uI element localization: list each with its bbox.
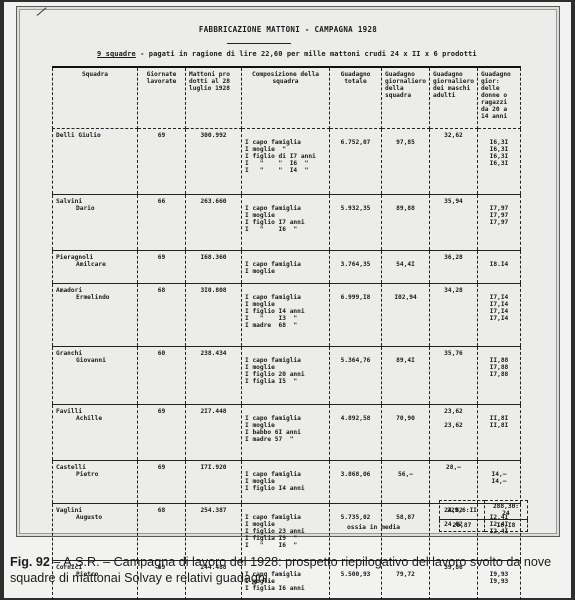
cell-composizione: I capo famigliaI moglieI figlio 23 anniI… (242, 503, 330, 560)
member-line: I capo famiglia (245, 357, 326, 364)
col-squadra: Squadra (53, 67, 138, 128)
women-youth-daily: I6,3I (481, 153, 517, 160)
member-line: I figlia I5 " (245, 378, 326, 385)
cell-squadra: VagliniAugusto (53, 503, 138, 560)
women-youth-daily: II,8I (481, 422, 517, 429)
total-earnings: 6.999,I8 (333, 294, 378, 301)
average-label: ossia in media (347, 524, 400, 531)
team-leader-firstname: Amilcare (56, 261, 134, 268)
women-youth-daily: I7,97 (481, 205, 517, 212)
member-line: I capo famiglia (245, 205, 326, 212)
subtitle-teams: 9 squadre (97, 50, 136, 58)
total-earnings: 3.868,06 (333, 471, 378, 478)
cell-guadagno-maschi: 32,62 (429, 128, 477, 194)
member-line: I " I6 " (245, 542, 326, 549)
average-maschi: 20,87 (440, 520, 485, 532)
cell-guadagno-maschi: 23,6223,62 (429, 404, 477, 460)
cell-guadagno-donne: I7,97I7,97I7,97 (477, 194, 520, 250)
member-line: I madre 57 " (245, 436, 326, 443)
daily-team-earnings: 58,87 (385, 514, 426, 521)
member-line: I moglie " (245, 146, 326, 153)
adult-male-daily: 32,62 (433, 132, 474, 139)
women-youth-daily: I8.I4 (481, 261, 517, 268)
member-line: I figlio 23 anni (245, 528, 326, 535)
cell-giornate: 60 (138, 346, 186, 404)
cell-guadagno-squadra: 70,90 (382, 404, 430, 460)
member-line: I figlio 20 anni (245, 371, 326, 378)
cell-guadagno-totale: 5.364,76 (330, 346, 382, 404)
sum-donne: 288,30: 24 (485, 501, 528, 520)
cell-guadagno-donne: II,8III,8I (477, 404, 520, 460)
total-earnings: 5.932,35 (333, 205, 378, 212)
member-line: I capo famiglia (245, 139, 326, 146)
cell-composizione: I capo famigliaI moglie (242, 250, 330, 283)
member-line: I madre 68 " (245, 322, 326, 329)
cell-guadagno-squadra: I02,94 (382, 283, 430, 346)
cell-giornate: 69 (138, 404, 186, 460)
totals-sum-row: 229,6:II 288,30: 24 (440, 501, 528, 520)
cell-composizione: I capo famigliaI moglie "I figlio di I7 … (242, 128, 330, 194)
document-subtitle: 9 squadre - pagati in ragione di lire 22… (97, 50, 477, 58)
women-youth-daily: I7,I4 (481, 294, 517, 301)
cell-giornate: 69 (138, 128, 186, 194)
women-youth-daily: I7,I4 (481, 308, 517, 315)
total-earnings: 3.764,35 (333, 261, 378, 268)
member-line: I capo famiglia (245, 415, 326, 422)
caption-text: – A.S.R. – Campagna di lavoro del 1928: … (10, 555, 551, 585)
cell-guadagno-squadra: 89,88 (382, 194, 430, 250)
member-line: I figlio I4 anni (245, 485, 326, 492)
cell-squadra: PieragnoliAmilcare (53, 250, 138, 283)
cell-mattoni: 300.992 (186, 128, 242, 194)
total-earnings: 6.752,07 (333, 139, 378, 146)
page: FABBRICAZIONE MATTONI - CAMPAGNA 1928 9 … (4, 2, 571, 598)
women-youth-daily: I4,— (481, 471, 517, 478)
member-line: I moglie (245, 364, 326, 371)
cell-guadagno-totale: 6.999,I8 (330, 283, 382, 346)
table-row: PieragnoliAmilcare69I68.360I capo famigl… (53, 250, 521, 283)
adult-male-daily: 35,94 (433, 198, 474, 205)
member-line: I capo famiglia (245, 514, 326, 521)
women-youth-daily: I7,88 (481, 371, 517, 378)
totals-table: 229,6:II 288,30: 24 20,87 I6,I8 (439, 500, 528, 532)
cell-mattoni: 2I7.448 (186, 404, 242, 460)
cell-squadra: CastelliPietro (53, 460, 138, 503)
member-line: I figlio di I7 anni (245, 153, 326, 160)
pencil-mark (37, 7, 47, 15)
figure-number: Fig. 92 (10, 555, 50, 569)
member-line: I " " I6 " (245, 160, 326, 167)
daily-team-earnings: 97,85 (385, 139, 426, 146)
cell-guadagno-squadra: 58,87 (382, 503, 430, 560)
col-guadagno-maschi: Guadagno giornaliero dei maschi adulti (429, 67, 477, 128)
cell-guadagno-totale: 5.735,02 (330, 503, 382, 560)
col-guadagno-donne: Guadagno gior: delle donne o ragazzi da … (477, 67, 520, 128)
cell-composizione: I capo famigliaI moglieI babbo 6I anniI … (242, 404, 330, 460)
member-line: I moglie (245, 268, 326, 275)
adult-male-daily: 35,76 (433, 350, 474, 357)
cell-guadagno-donne: II,88I7,88I7,88 (477, 346, 520, 404)
cell-guadagno-maschi: 36,28 (429, 250, 477, 283)
cell-guadagno-donne: I7,I4I7,I4I7,I4I7,I4 (477, 283, 520, 346)
cell-giornate: 69 (138, 460, 186, 503)
cell-guadagno-totale: 5.932,35 (330, 194, 382, 250)
col-composizione: Composizione della squadra (242, 67, 330, 128)
cell-composizione: I capo famigliaI moglieI figlio I4 anniI… (242, 283, 330, 346)
cell-guadagno-maschi: 35,94 (429, 194, 477, 250)
cell-guadagno-maschi: 34,28 (429, 283, 477, 346)
cell-guadagno-totale: 4.892,58 (330, 404, 382, 460)
team-leader-firstname: Achille (56, 415, 134, 422)
team-leader-surname: Pieragnoli (56, 254, 134, 261)
member-line: I moglie (245, 422, 326, 429)
member-line: I capo famiglia (245, 294, 326, 301)
team-leader-firstname: Augusto (56, 514, 134, 521)
team-leader-firstname: Giovanni (56, 357, 134, 364)
cell-guadagno-donne: I8.I4 (477, 250, 520, 283)
subtitle-rate: - pagati in ragione di lire 22,60 per mi… (136, 50, 477, 58)
daily-team-earnings: 56,— (385, 471, 426, 478)
total-earnings: 5.364,76 (333, 357, 378, 364)
cell-guadagno-maschi: 35,76 (429, 346, 477, 404)
women-youth-daily: I4,— (481, 478, 517, 485)
cell-giornate: 66 (138, 194, 186, 250)
member-line: I moglie (245, 478, 326, 485)
cell-squadra: AmadoriErmelindo (53, 283, 138, 346)
sum-maschi: 229,6:II (440, 501, 485, 520)
typewritten-document: FABBRICAZIONE MATTONI - CAMPAGNA 1928 9 … (16, 6, 560, 537)
member-line: I figlio I7 anni (245, 219, 326, 226)
table-row: CastelliPietro69I7I.920I capo famigliaI … (53, 460, 521, 503)
team-leader-surname: Amadori (56, 287, 134, 294)
women-youth-daily: II,88 (481, 357, 517, 364)
cell-guadagno-squadra: 54,4I (382, 250, 430, 283)
member-line: I moglie (245, 301, 326, 308)
daily-team-earnings: 89,4I (385, 357, 426, 364)
table-row: AmadoriErmelindo683I0.808I capo famiglia… (53, 283, 521, 346)
cell-mattoni: 238.434 (186, 346, 242, 404)
member-line: I " " I4 " (245, 167, 326, 174)
cell-mattoni: 3I0.808 (186, 283, 242, 346)
average-donne: I6,I8 (485, 520, 528, 532)
team-leader-surname: Castelli (56, 464, 134, 471)
cell-composizione: I capo famigliaI moglieI figlio 20 anniI… (242, 346, 330, 404)
adult-male-daily: 23,62 (433, 422, 474, 429)
cell-guadagno-squadra: 56,— (382, 460, 430, 503)
member-line: I moglie (245, 521, 326, 528)
member-line: I " I3 " (245, 315, 326, 322)
col-mattoni: Mattoni pro dotti al 28 luglio 1928 (186, 67, 242, 128)
women-youth-daily: II,8I (481, 415, 517, 422)
daily-team-earnings: I02,94 (385, 294, 426, 301)
member-line: I " I6 " (245, 226, 326, 233)
member-line: I moglie (245, 212, 326, 219)
cell-squadra: FavilliAchille (53, 404, 138, 460)
women-youth-daily: I7,97 (481, 212, 517, 219)
cell-giornate: 68 (138, 283, 186, 346)
women-youth-daily: I7,I4 (481, 315, 517, 322)
cell-mattoni: 254.387 (186, 503, 242, 560)
women-youth-daily: I6,3I (481, 146, 517, 153)
women-youth-daily: I6,3I (481, 160, 517, 167)
cell-squadra: Delli Giulio (53, 128, 138, 194)
cell-squadra: SalviniDario (53, 194, 138, 250)
col-giornate: Giornate lavorate (138, 67, 186, 128)
cell-guadagno-maschi: 28,— (429, 460, 477, 503)
daily-team-earnings: 70,90 (385, 415, 426, 422)
table-row: SalviniDario66263.660I capo famigliaI mo… (53, 194, 521, 250)
daily-team-earnings: 54,4I (385, 261, 426, 268)
team-leader-surname: Favilli (56, 408, 134, 415)
adult-male-daily: 23,62 (433, 408, 474, 415)
daily-team-earnings: 89,88 (385, 205, 426, 212)
cell-giornate: 68 (138, 503, 186, 560)
col-guadagno-squadra: Guadagno giornaliero della squadra (382, 67, 430, 128)
women-youth-daily: I7,88 (481, 364, 517, 371)
member-line: I babbo 6I anni (245, 429, 326, 436)
cell-guadagno-squadra: 89,4I (382, 346, 430, 404)
cell-composizione: I capo famigliaI moglieI figlio I7 anniI… (242, 194, 330, 250)
women-youth-daily: I7,I4 (481, 301, 517, 308)
cell-guadagno-totale: 3.764,35 (330, 250, 382, 283)
cell-mattoni: I7I.920 (186, 460, 242, 503)
col-guadagno-totale: Guadagno totale (330, 67, 382, 128)
title-underline (227, 43, 291, 44)
team-leader-surname: Vaglini (56, 507, 134, 514)
adult-male-daily: 36,28 (433, 254, 474, 261)
table-row: GranchiGiovanni60238.434I capo famigliaI… (53, 346, 521, 404)
member-line: I figlio I4 anni (245, 308, 326, 315)
cell-giornate: 69 (138, 250, 186, 283)
team-leader-surname: Salvini (56, 198, 134, 205)
cell-guadagno-donne: I6,3II6,3II6,3II6,3I (477, 128, 520, 194)
adult-male-daily: 34,28 (433, 287, 474, 294)
figure-caption: Fig. 92 – A.S.R. – Campagna di lavoro de… (10, 554, 570, 586)
totals-average-row: 20,87 I6,I8 (440, 520, 528, 532)
cell-guadagno-totale: 6.752,07 (330, 128, 382, 194)
table-row: Delli Giulio69300.992I capo famigliaI mo… (53, 128, 521, 194)
cell-guadagno-squadra: 97,85 (382, 128, 430, 194)
adult-male-daily: 28,— (433, 464, 474, 471)
member-line: I capo famiglia (245, 471, 326, 478)
cell-mattoni: I68.360 (186, 250, 242, 283)
table-row: FavilliAchille692I7.448I capo famigliaI … (53, 404, 521, 460)
cell-squadra: GranchiGiovanni (53, 346, 138, 404)
member-line: I capo famiglia (245, 261, 326, 268)
team-leader-surname: Granchi (56, 350, 134, 357)
cell-composizione: I capo famigliaI moglieI figlio I4 anni (242, 460, 330, 503)
total-earnings: 5.735,02 (333, 514, 378, 521)
document-title: FABBRICAZIONE MATTONI - CAMPAGNA 1928 (17, 25, 559, 34)
total-earnings: 4.892,58 (333, 415, 378, 422)
team-leader-firstname: Pietro (56, 471, 134, 478)
team-leader-surname: Delli Giulio (56, 132, 134, 139)
women-youth-daily: I6,3I (481, 139, 517, 146)
team-leader-firstname: Dario (56, 205, 134, 212)
team-leader-firstname: Ermelindo (56, 294, 134, 301)
women-youth-daily: I7,97 (481, 219, 517, 226)
member-line: I figlia I9 " (245, 535, 326, 542)
cell-guadagno-donne: I4,—I4,— (477, 460, 520, 503)
cell-guadagno-totale: 3.868,06 (330, 460, 382, 503)
table-header-row: Squadra Giornate lavorate Mattoni pro do… (53, 67, 521, 128)
cell-mattoni: 263.660 (186, 194, 242, 250)
